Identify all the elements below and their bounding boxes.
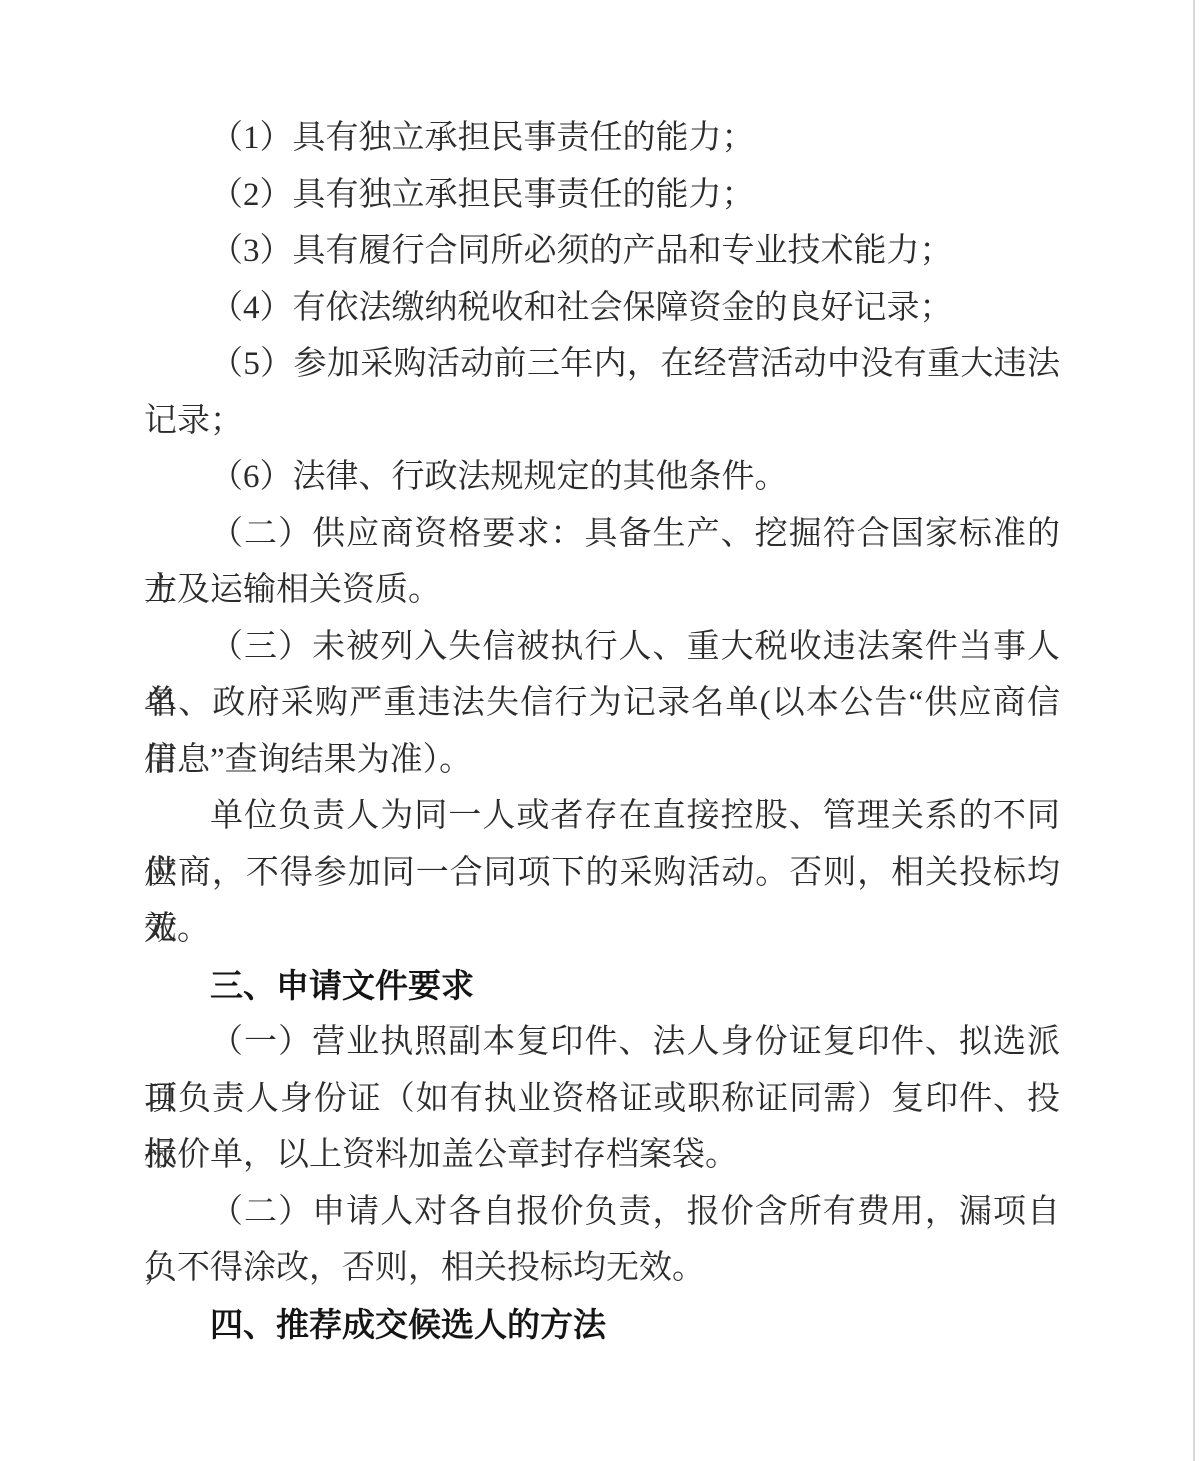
- document-line: （一）营业执照副本复印件、法人身份证复印件、拟选派项: [144, 1014, 1060, 1071]
- page-edge-line: [1193, 0, 1195, 1461]
- document-line: 单位负责人为同一人或者存在直接控股、管理关系的不同供: [144, 788, 1060, 845]
- document-line: 单、政府采购严重违法失信行为记录名单(以本公告“供应商信用: [144, 675, 1060, 732]
- document-body: （1）具有独立承担民事责任的能力；（2）具有独立承担民事责任的能力；（3）具有履…: [144, 110, 1060, 1353]
- document-line: 效。: [144, 901, 1060, 958]
- document-line: （1）具有独立承担民事责任的能力；: [144, 110, 1060, 167]
- document-line: （二）供应商资格要求：具备生产、挖掘符合国家标准的土: [144, 506, 1060, 563]
- document-line: （2）具有独立承担民事责任的能力；: [144, 167, 1060, 224]
- document-line: （二）申请人对各自报价负责，报价含所有费用，漏项自负: [144, 1184, 1060, 1241]
- section-heading: 三、申请文件要求: [144, 958, 1060, 1015]
- document-line: 应商，不得参加同一合同项下的采购活动。否则，相关投标均无: [144, 845, 1060, 902]
- document-line: 记录；: [144, 393, 1060, 450]
- document-line: （三）未被列入失信被执行人、重大税收违法案件当事人名: [144, 619, 1060, 676]
- document-line: 目负责人身份证（如有执业资格证或职称证同需）复印件、投标: [144, 1071, 1060, 1128]
- document-line: （6）法律、行政法规规定的其他条件。: [144, 449, 1060, 506]
- document-line: 方及运输相关资质。: [144, 562, 1060, 619]
- document-line: ，不得涂改，否则，相关投标均无效。: [144, 1240, 1060, 1297]
- document-line: （4）有依法缴纳税收和社会保障资金的良好记录；: [144, 280, 1060, 337]
- section-heading: 四、推荐成交候选人的方法: [144, 1297, 1060, 1354]
- document-line: （3）具有履行合同所必须的产品和专业技术能力；: [144, 223, 1060, 280]
- document-line: （5）参加采购活动前三年内，在经营活动中没有重大违法: [144, 336, 1060, 393]
- document-line: 信息”查询结果为准）。: [144, 732, 1060, 789]
- document-page: （1）具有独立承担民事责任的能力；（2）具有独立承担民事责任的能力；（3）具有履…: [0, 0, 1200, 1461]
- document-line: 报价单，以上资料加盖公章封存档案袋。: [144, 1127, 1060, 1184]
